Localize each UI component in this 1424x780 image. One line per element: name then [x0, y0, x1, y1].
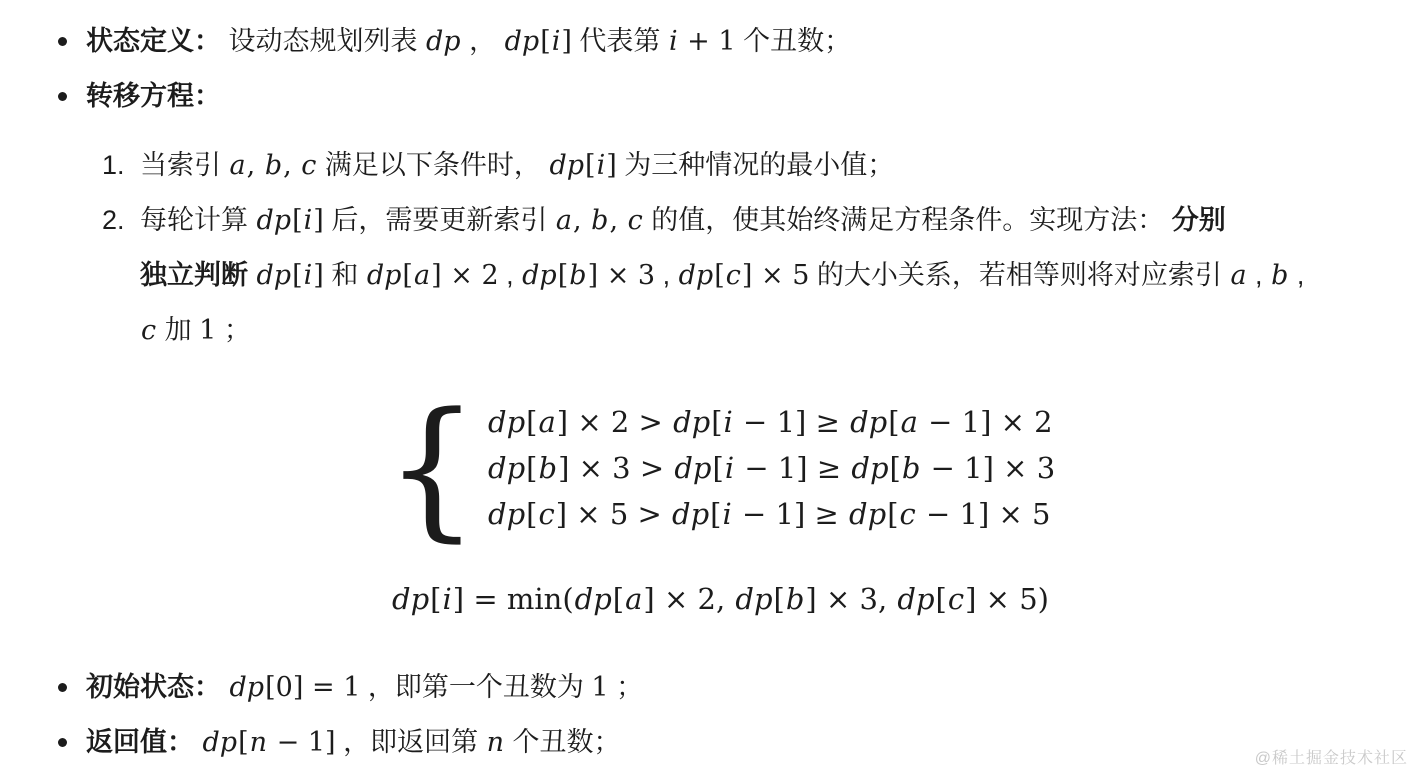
- content-area: 状态定义： 设动态规划列表 dp ， dp[i] 代表第 i + 1 个丑数； …: [0, 0, 1424, 770]
- list-item-text: 当索引 a, b, c 满足以下条件时， dp[i] 为三种情况的最小值；: [140, 138, 1384, 193]
- left-curly-brace: {: [385, 393, 479, 544]
- cases-line-2: dp[b] × 3 > dp[i − 1] ≥ dp[b − 1] × 3: [487, 445, 1055, 491]
- site-watermark: @稀土掘金技术社区: [1255, 745, 1408, 768]
- bullet-dot: [56, 14, 86, 69]
- bullet-dot: [56, 660, 86, 715]
- bullet-return-value: 返回值： dp[n − 1] ，即返回第 n 个丑数；: [56, 715, 1384, 770]
- list-item-number: 2.: [102, 193, 140, 248]
- cases-line-3: dp[c] × 5 > dp[i − 1] ≥ dp[c − 1] × 5: [487, 491, 1055, 537]
- bullet-transfer-equation: 转移方程：: [56, 69, 1384, 124]
- bullet-dot: [56, 69, 86, 124]
- min-formula: dp[i] = min(dp[a] × 2, dp[b] × 3, dp[c] …: [56, 576, 1384, 622]
- list-item-text: 每轮计算 dp[i] 后，需要更新索引 a, b, c 的值，使其始终满足方程条…: [140, 193, 1384, 358]
- transfer-equation-text: 转移方程：: [86, 69, 1384, 124]
- bullet-initial-state: 初始状态： dp[0] = 1 ，即第一个丑数为 1 ；: [56, 660, 1384, 715]
- bottom-bullets: 初始状态： dp[0] = 1 ，即第一个丑数为 1 ； 返回值： dp[n −…: [56, 660, 1384, 770]
- state-definition-text: 状态定义： 设动态规划列表 dp ， dp[i] 代表第 i + 1 个丑数；: [86, 14, 1384, 69]
- list-item: 1. 当索引 a, b, c 满足以下条件时， dp[i] 为三种情况的最小值；: [102, 138, 1384, 193]
- bullet-dot: [56, 715, 86, 770]
- list-item: 2. 每轮计算 dp[i] 后，需要更新索引 a, b, c 的值，使其始终满足…: [102, 193, 1384, 358]
- bullet-state-definition: 状态定义： 设动态规划列表 dp ， dp[i] 代表第 i + 1 个丑数；: [56, 14, 1384, 69]
- return-value-text: 返回值： dp[n − 1] ，即返回第 n 个丑数；: [86, 715, 1384, 770]
- ordered-list: 1. 当索引 a, b, c 满足以下条件时， dp[i] 为三种情况的最小值；…: [102, 138, 1384, 358]
- article-page: { "page": { "background": "#ffffff", "te…: [0, 0, 1424, 780]
- cases-lines: dp[a] × 2 > dp[i − 1] ≥ dp[a − 1] × 2 dp…: [487, 399, 1055, 537]
- initial-state-text: 初始状态： dp[0] = 1 ，即第一个丑数为 1 ；: [86, 660, 1384, 715]
- cases-line-1: dp[a] × 2 > dp[i − 1] ≥ dp[a − 1] × 2: [487, 399, 1055, 445]
- cases-formula: { dp[a] × 2 > dp[i − 1] ≥ dp[a − 1] × 2 …: [56, 394, 1384, 542]
- list-item-number: 1.: [102, 138, 140, 193]
